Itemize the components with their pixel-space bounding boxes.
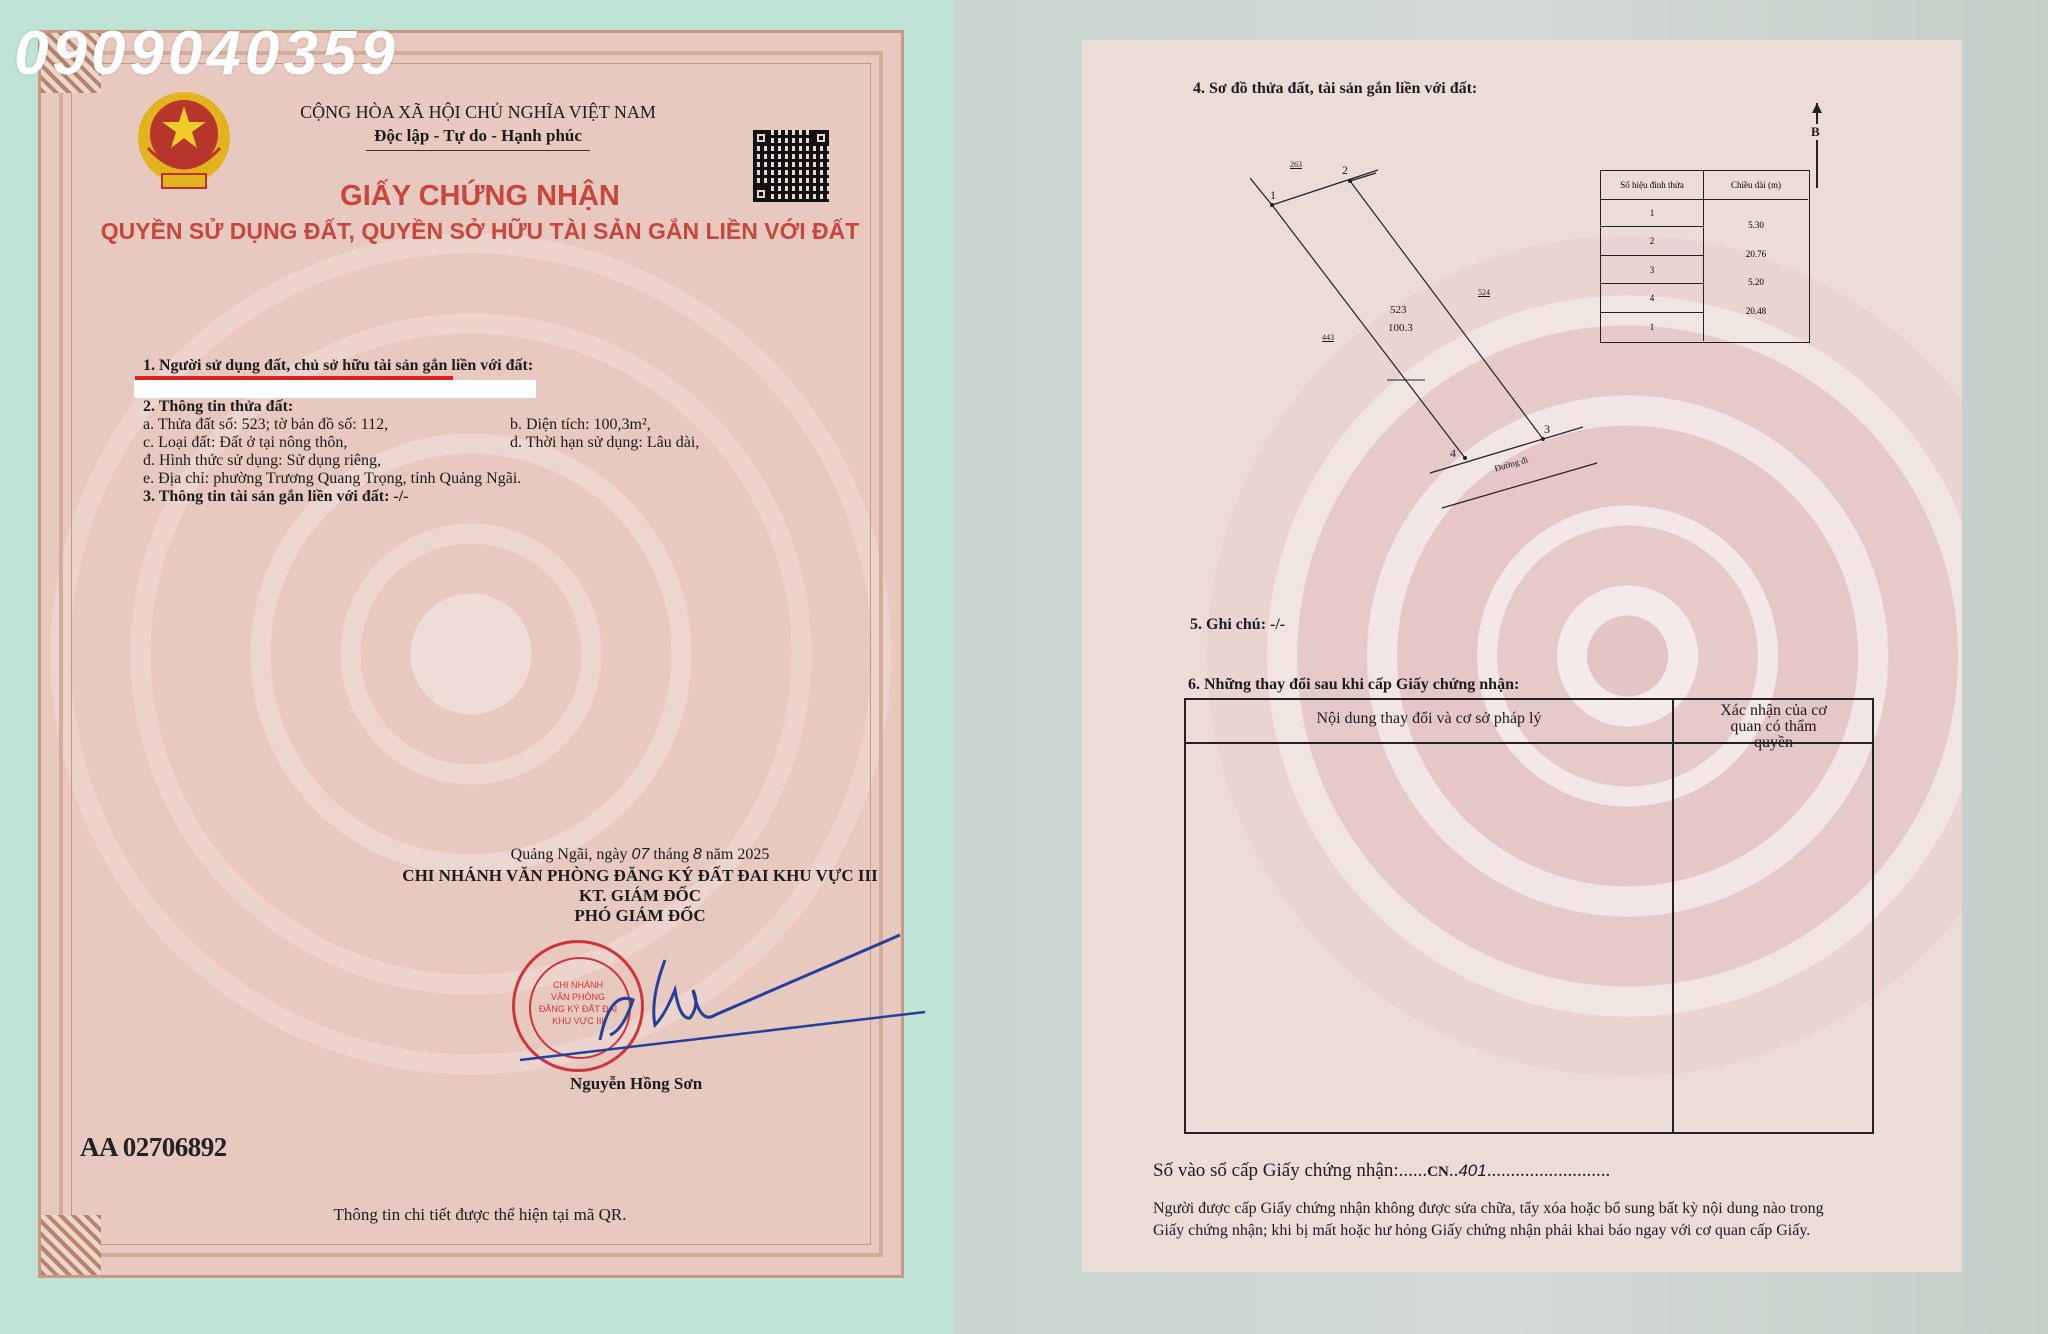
neighbor-parcel-label: 443: [1322, 333, 1334, 342]
north-label: B: [1811, 124, 1820, 140]
parcel-area: b. Diện tích: 100,3m²,: [510, 416, 651, 434]
vertex-label: 1: [1270, 188, 1276, 203]
segment-length: 20.76: [1704, 249, 1808, 259]
vertex-row: 3: [1601, 256, 1703, 284]
vertex-label: 2: [1342, 163, 1348, 178]
national-motto: Độc lập - Tự do - Hạnh phúc: [288, 126, 668, 146]
usage-term: d. Thời hạn sử dụng: Lâu dài,: [510, 434, 699, 452]
signer-name: Nguyễn Hồng Sơn: [570, 1074, 702, 1094]
corner-ornament: [41, 1215, 101, 1275]
issue-date: Quảng Ngãi, ngày 07 tháng 8 năm 2025: [380, 846, 900, 864]
notice-line-1: Người được cấp Giấy chứng nhận không đượ…: [1153, 1200, 1824, 1218]
parcel-area-label: 100.3: [1388, 322, 1413, 334]
serial-number: AA 02706892: [80, 1132, 227, 1163]
qr-note: Thông tin chi tiết được thể hiện tại mã …: [300, 1205, 660, 1225]
vertex-row: 1: [1601, 199, 1703, 227]
changes-header-content: Nội dung thay đổi và cơ sở pháp lý: [1186, 710, 1672, 728]
certificate-title: GIẤY CHỨNG NHẬN: [180, 180, 780, 213]
country-name: CỘNG HÒA XÃ HỘI CHỦ NGHĨA VIỆT NAM: [288, 102, 668, 123]
section-3-heading: 3. Thông tin tài sản gắn liền với đất: -…: [143, 488, 409, 506]
land-type: c. Loại đất: Đất ở tại nông thôn,: [143, 434, 347, 452]
vertex-label: 4: [1450, 446, 1456, 461]
section-1-heading: 1. Người sử dụng đất, chủ sở hữu tài sản…: [143, 357, 533, 375]
vertex-row: 4: [1601, 284, 1703, 312]
phone-watermark: 0909040359: [14, 18, 399, 89]
motto-underline: [366, 150, 590, 151]
vertex-label: 3: [1544, 422, 1550, 437]
section-2-heading: 2. Thông tin thửa đất:: [143, 398, 293, 416]
registry-number: Số vào sổ cấp Giấy chứng nhận:......CN..…: [1153, 1160, 1610, 1182]
segment-length: 5.20: [1704, 277, 1808, 287]
changes-table: Nội dung thay đổi và cơ sở pháp lý Xác n…: [1184, 698, 1874, 1134]
address: e. Địa chỉ: phường Trương Quang Trọng, t…: [143, 470, 521, 488]
segment-length: 20.48: [1704, 306, 1808, 316]
section-6-heading: 6. Những thay đổi sau khi cấp Giấy chứng…: [1188, 676, 1519, 694]
parcel-number-label: 523: [1390, 304, 1407, 316]
changes-header-confirmation: Xác nhận của cơ quan có thẩm quyền: [1716, 703, 1831, 751]
vertex-row: 2: [1601, 227, 1703, 255]
segment-length: 5.30: [1704, 220, 1808, 230]
on-behalf-of: KT. GIÁM ĐỐC: [380, 886, 900, 906]
parcel-diagram: [1250, 150, 1610, 520]
notice-line-2: Giấy chứng nhận; khi bị mất hoặc hư hỏng…: [1153, 1222, 1810, 1240]
certificate-subtitle: QUYỀN SỬ DỤNG ĐẤT, QUYỀN SỞ HỮU TÀI SẢN …: [100, 218, 860, 245]
vertex-length-table: Số hiệu đỉnh thửa Chiều dài (m) 123415.3…: [1600, 170, 1810, 343]
usage-form: đ. Hình thức sử dụng: Sử dụng riêng,: [143, 452, 381, 470]
north-arrow-icon: [1816, 103, 1818, 188]
neighbor-parcel-label: 263: [1290, 160, 1302, 169]
signer-position: PHÓ GIÁM ĐỐC: [380, 906, 900, 926]
section-5-heading: 5. Ghi chú: -/-: [1190, 616, 1285, 634]
section-4-heading: 4. Sơ đồ thửa đất, tài sản gắn liền với …: [1193, 80, 1477, 98]
vertex-row: 1: [1601, 313, 1703, 341]
owner-name-redacted: [134, 380, 536, 398]
parcel-number: a. Thửa đất số: 523; tờ bản đồ số: 112,: [143, 416, 388, 434]
issuing-office: CHI NHÁNH VĂN PHÒNG ĐĂNG KÝ ĐẤT ĐAI KHU …: [380, 866, 900, 886]
signature-stroke: [515, 930, 935, 1070]
neighbor-parcel-label: 524: [1478, 288, 1490, 297]
